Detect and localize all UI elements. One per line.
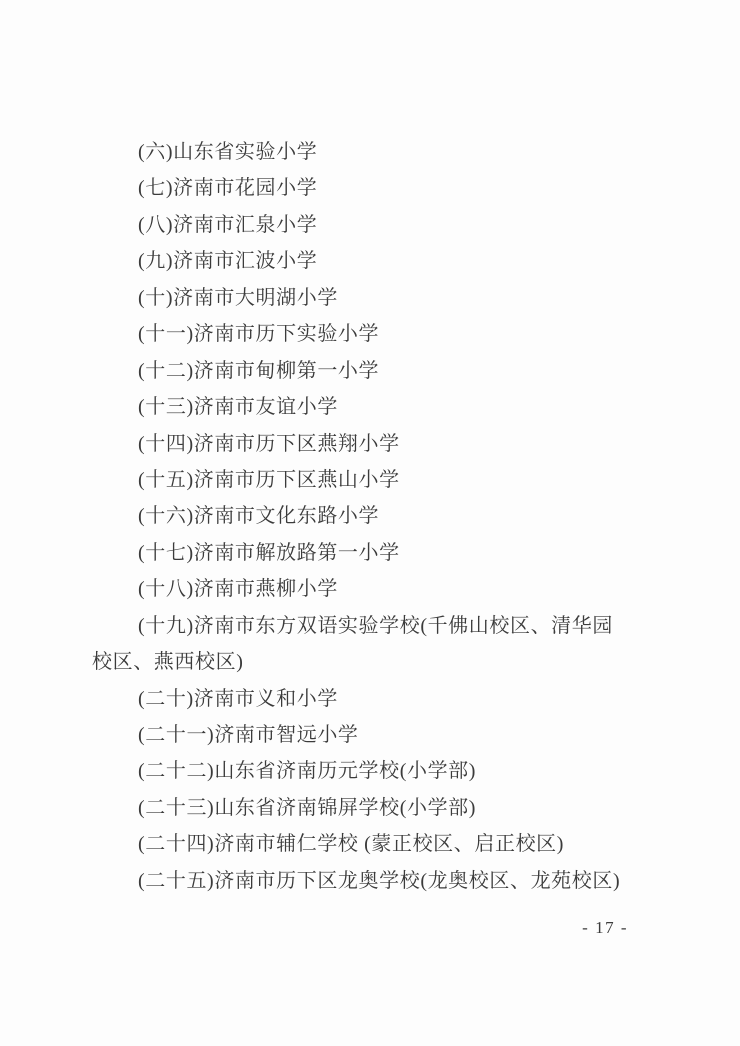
school-list-line: (十三)济南市友谊小学 [92,389,680,425]
school-list-line: (八)济南市汇泉小学 [92,207,680,243]
school-list-line: (七)济南市花园小学 [92,170,680,206]
school-list-line: (二十五)济南市历下区龙奥学校(龙奥校区、龙苑校区) [92,863,680,899]
school-list-line: (九)济南市汇波小学 [92,243,680,279]
school-list-line: (十六)济南市文化东路小学 [92,498,680,534]
document-page: (六)山东省实验小学(七)济南市花园小学(八)济南市汇泉小学(九)济南市汇波小学… [0,0,740,1046]
school-list-line: (十)济南市大明湖小学 [92,280,680,316]
school-list: (六)山东省实验小学(七)济南市花园小学(八)济南市汇泉小学(九)济南市汇波小学… [92,134,680,899]
school-list-line: (二十三)山东省济南锦屏学校(小学部) [92,790,680,826]
school-list-line: (十二)济南市甸柳第一小学 [92,353,680,389]
page-number: - 17 - [0,918,628,938]
school-list-line: (十九)济南市东方双语实验学校(千佛山校区、清华园 [92,608,680,644]
school-list-line: (二十四)济南市辅仁学校 (蒙正校区、启正校区) [92,826,680,862]
school-list-line: (十八)济南市燕柳小学 [92,571,680,607]
school-list-line: (十一)济南市历下实验小学 [92,316,680,352]
school-list-line: (十五)济南市历下区燕山小学 [92,462,680,498]
school-list-line: 校区、燕西校区) [92,644,680,680]
school-list-line: (十四)济南市历下区燕翔小学 [92,426,680,462]
school-list-line: (六)山东省实验小学 [92,134,680,170]
school-list-line: (二十一)济南市智远小学 [92,717,680,753]
school-list-line: (二十二)山东省济南历元学校(小学部) [92,753,680,789]
school-list-line: (十七)济南市解放路第一小学 [92,535,680,571]
school-list-line: (二十)济南市义和小学 [92,681,680,717]
